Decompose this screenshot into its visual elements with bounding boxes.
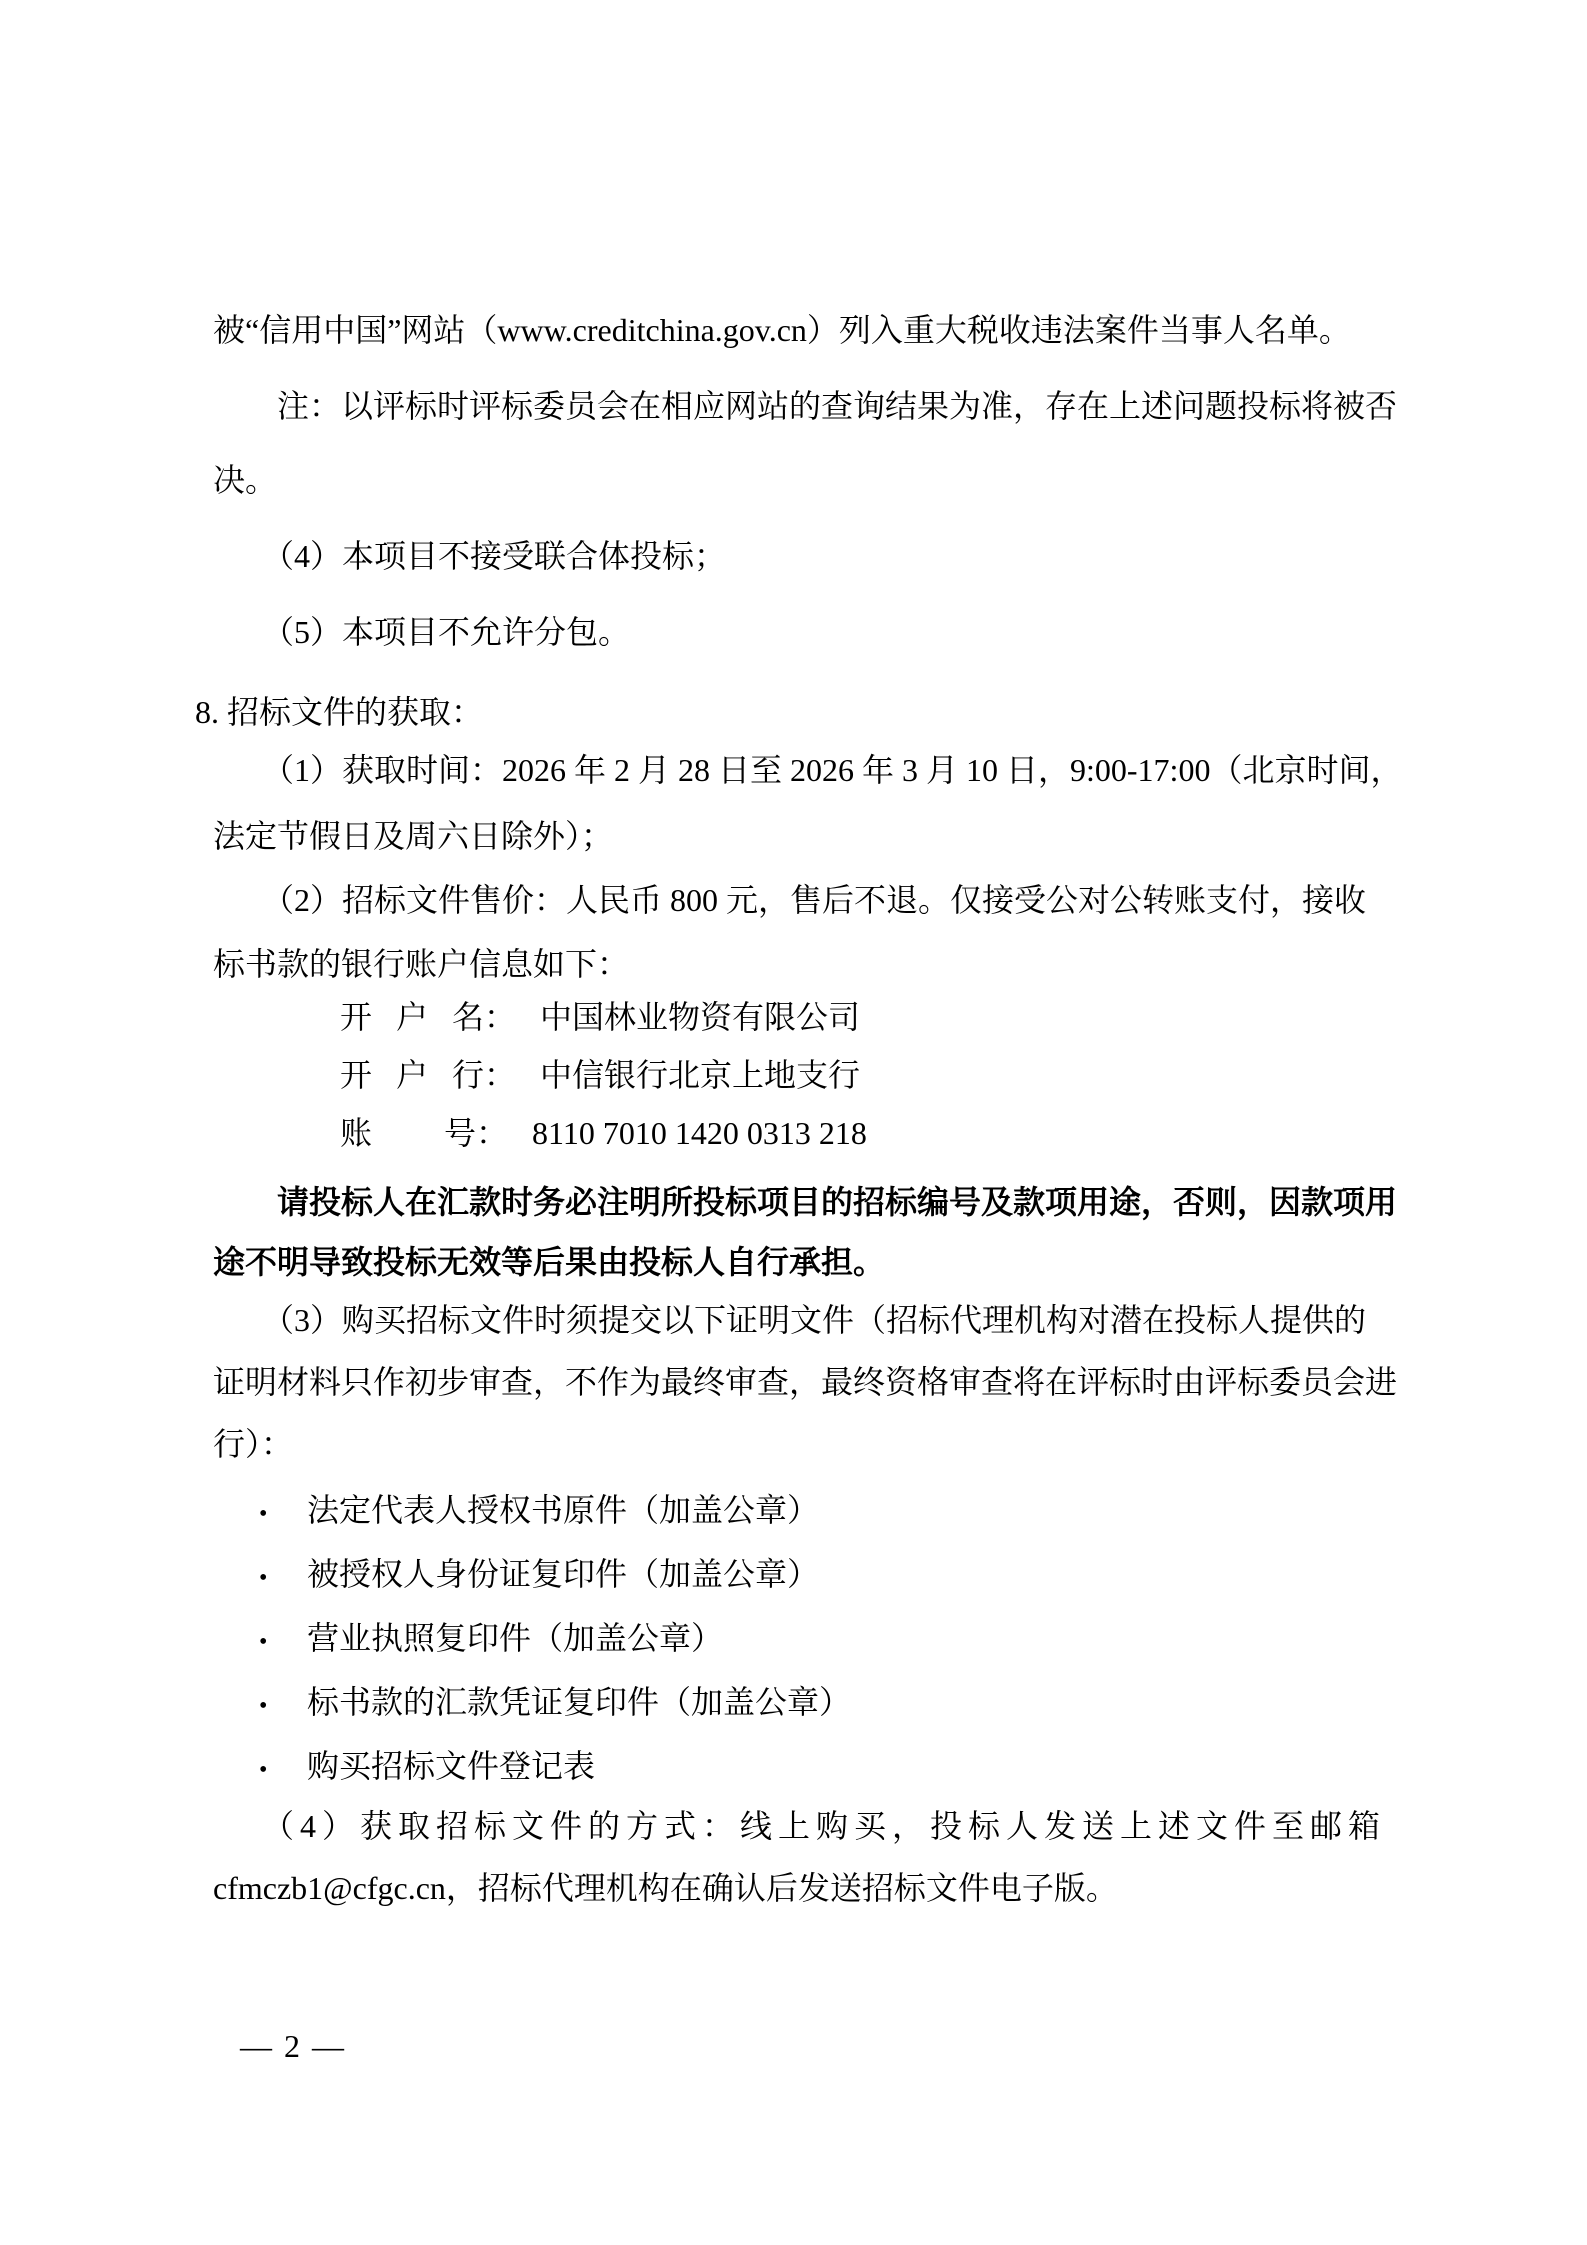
page-number-footer: — 2 — bbox=[240, 2028, 346, 2065]
bullet-remittance-voucher: • 标书款的汇款凭证复印件（加盖公章） bbox=[259, 1682, 851, 1722]
note-line-2: 决。 bbox=[213, 460, 277, 500]
bullet-icon: • bbox=[259, 1755, 307, 1785]
remittance-notice-bold-line-1: 请投标人在汇款时务必注明所投标项目的招标编号及款项用途，否则，因款项用 bbox=[277, 1182, 1397, 1222]
s8-2-price-line-2: 标书款的银行账户信息如下： bbox=[213, 944, 629, 984]
bank-account-name-row: 开 户 名： 中国林业物资有限公司 bbox=[340, 997, 860, 1037]
bullet-id-copy: • 被授权人身份证复印件（加盖公章） bbox=[259, 1554, 819, 1594]
s8-2-price-line-1: （2）招标文件售价：人民币 800 元，售后不退。仅接受公对公转账支付，接收 bbox=[262, 880, 1366, 920]
document-page: 被“信用中国”网站（www.creditchina.gov.cn）列入重大税收违… bbox=[0, 0, 1587, 2245]
note-line-1: 注：以评标时评标委员会在相应网站的查询结果为准，存在上述问题投标将被否 bbox=[277, 386, 1397, 426]
bank-account-number-row: 账 号： 8110 7010 1420 0313 218 bbox=[340, 1113, 867, 1153]
bullet-text: 被授权人身份证复印件（加盖公章） bbox=[307, 1554, 819, 1594]
bullet-icon: • bbox=[259, 1563, 307, 1593]
s8-3-documents-line-2: 证明材料只作初步审查，不作为最终审查，最终资格审查将在评标时由评标委员会进 bbox=[213, 1362, 1397, 1402]
item-5-no-subcontract: （5）本项目不允许分包。 bbox=[262, 612, 630, 652]
s8-3-documents-line-3: 行）： bbox=[213, 1424, 293, 1464]
bullet-icon: • bbox=[259, 1691, 307, 1721]
paragraph-creditchina-list: 被“信用中国”网站（www.creditchina.gov.cn）列入重大税收违… bbox=[213, 310, 1351, 350]
s8-1-obtain-time-line-2: 法定节假日及周六日除外）； bbox=[213, 816, 613, 856]
bullet-text: 标书款的汇款凭证复印件（加盖公章） bbox=[307, 1682, 851, 1722]
remittance-notice-bold-line-2: 途不明导致投标无效等后果由投标人自行承担。 bbox=[213, 1242, 885, 1282]
s8-4-method-line-1: （4）获取招标文件的方式：线上购买，投标人发送上述文件至邮箱 bbox=[262, 1806, 1386, 1846]
bullet-icon: • bbox=[259, 1499, 307, 1529]
bullet-authorization-original: • 法定代表人授权书原件（加盖公章） bbox=[259, 1490, 819, 1530]
s8-1-obtain-time-line-1: （1）获取时间：2026 年 2 月 28 日至 2026 年 3 月 10 日… bbox=[262, 750, 1402, 790]
bullet-text: 营业执照复印件（加盖公章） bbox=[307, 1618, 723, 1658]
item-4-no-consortium: （4）本项目不接受联合体投标； bbox=[262, 536, 726, 576]
bullet-business-license: • 营业执照复印件（加盖公章） bbox=[259, 1618, 723, 1658]
bullet-text: 购买招标文件登记表 bbox=[307, 1746, 595, 1786]
bullet-registration-form: • 购买招标文件登记表 bbox=[259, 1746, 595, 1786]
section-8-heading: 8. 招标文件的获取： bbox=[195, 692, 483, 732]
bullet-text: 法定代表人授权书原件（加盖公章） bbox=[307, 1490, 819, 1530]
s8-3-documents-line-1: （3）购买招标文件时须提交以下证明文件（招标代理机构对潜在投标人提供的 bbox=[262, 1300, 1366, 1340]
bank-branch-row: 开 户 行： 中信银行北京上地支行 bbox=[340, 1055, 860, 1095]
s8-4-method-line-2-email: cfmczb1@cfgc.cn，招标代理机构在确认后发送招标文件电子版。 bbox=[213, 1868, 1118, 1908]
bullet-icon: • bbox=[259, 1627, 307, 1657]
